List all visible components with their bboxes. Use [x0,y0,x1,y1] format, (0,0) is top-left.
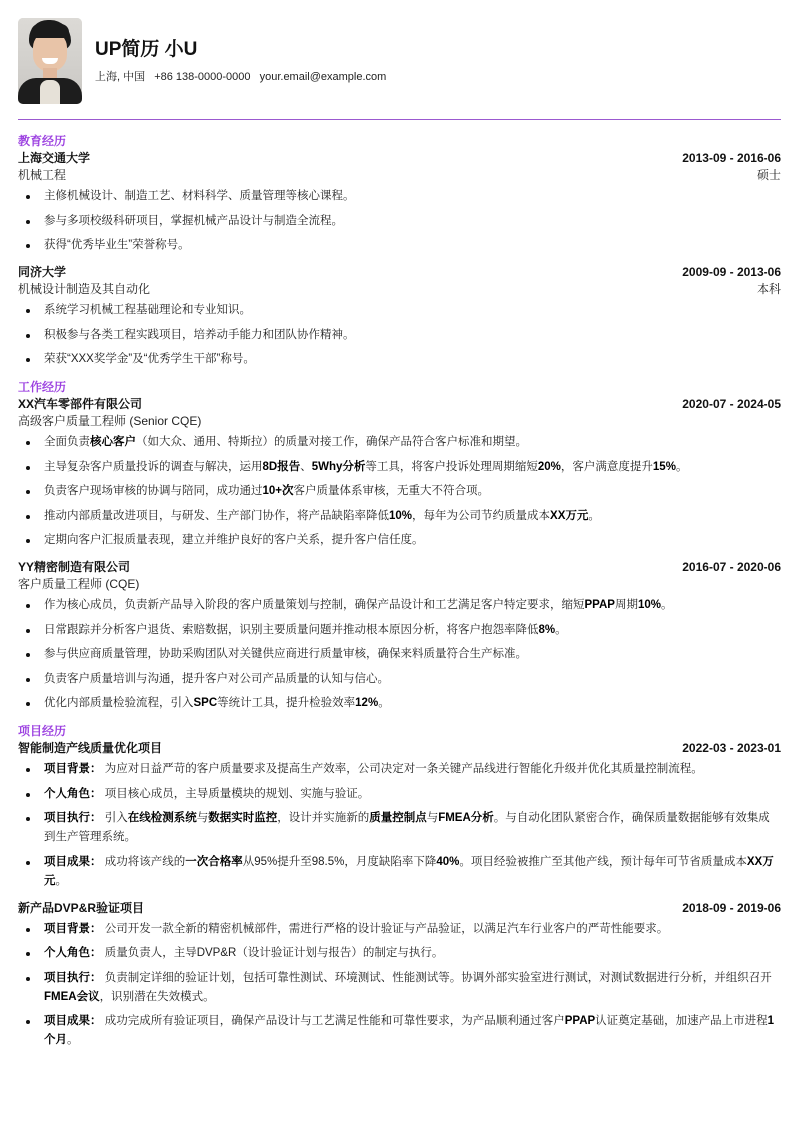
date-range: 2018-09 - 2019-06 [682,900,781,917]
text-segment: ，每年为公司节约质量成本 [412,510,550,522]
bold-text: SPC [194,697,218,709]
profile-photo [18,18,82,104]
header-info: UP简历 小U 上海, 中国 +86 138-0000-0000 your.em… [95,38,392,84]
date-range: 2016-07 - 2020-06 [682,559,781,576]
text-segment: 。 [56,875,68,887]
text-segment: 与 [427,812,439,824]
text-segment: 定期向客户汇报质量表现，建立并维护良好的客户关系，提升客户信任度。 [44,534,424,546]
education-entry: 上海交通大学2013-09 - 2016-06机械工程硕士主修机械设计、制造工艺… [18,150,781,255]
bullet-item: 个人角色： 质量负责人，主导DVP&R（设计验证计划与报告）的制定与执行。 [18,944,781,963]
text-segment: 负责客户现场审核的协调与陪同，成功通过 [44,485,263,497]
section-title-education: 教育经历 [18,132,781,150]
bullet-item: 项目执行： 引入在线检测系统与数据实时监控，设计并实施新的质量控制点与FMEA分… [18,809,781,847]
project-entry: 新产品DVP&R验证项目2018-09 - 2019-06项目背景： 公司开发一… [18,900,781,1051]
entry-subheader: 客户质量工程师 (CQE) [18,576,781,593]
bullet-item: 日常跟踪并分析客户退货、索赔数据，识别主要质量问题并推动根本原因分析，将客户抱怨… [18,621,781,640]
bullet-item: 积极参与各类工程实践项目，培养动手能力和团队协作精神。 [18,326,781,345]
bullet-item: 项目成果： 成功将该产线的一次合格率从95%提升至98.5%，月度缺陷率下降40… [18,853,781,891]
entry-header: XX汽车零部件有限公司2020-07 - 2024-05 [18,396,781,413]
bullet-list: 主修机械设计、制造工艺、材料科学、质量管理等核心课程。参与多项校级科研项目，掌握… [18,187,781,255]
text-segment: 日常跟踪并分析客户退货、索赔数据，识别主要质量问题并推动根本原因分析，将客户抱怨… [44,624,539,636]
project-list: 智能制造产线质量优化项目2022-03 - 2023-01项目背景： 为应对日益… [18,740,781,1050]
text-segment: 成功完成所有验证项目，确保产品设计与工艺满足性能和可靠性要求，为产品顺利通过客户 [102,1015,565,1027]
text-segment: 。项目经验被推广至其他产线，预计每年可节省质量成本 [459,856,747,868]
bold-text: 项目背景： [44,763,102,775]
text-segment: 成功将该产线的 [102,856,186,868]
school-name: 同济大学 [18,264,66,281]
text-segment: 。 [555,624,567,636]
date-range: 2013-09 - 2016-06 [682,150,781,167]
bullet-item: 负责客户现场审核的协调与陪同，成功通过10+次客户质量体系审核，无重大不符合项。 [18,482,781,501]
bold-text: 5Why分析 [312,461,366,473]
text-segment: ，识别潜在失效模式。 [100,991,215,1003]
bold-text: 个人角色： [44,788,102,800]
work-entry: YY精密制造有限公司2016-07 - 2020-06客户质量工程师 (CQE)… [18,559,781,713]
text-segment: 参与供应商质量管理，协助采购团队对关键供应商进行质量审核，确保来料质量符合生产标… [44,648,527,660]
bold-text: FMEA分析 [438,812,494,824]
bold-text: 项目执行： [44,972,102,984]
text-segment: 从95%提升至98.5%，月度缺陷率下降 [243,856,437,868]
bullet-item: 系统学习机械工程基础理论和专业知识。 [18,301,781,320]
work-list: XX汽车零部件有限公司2020-07 - 2024-05高级客户质量工程师 (S… [18,396,781,713]
date-range: 2009-09 - 2013-06 [682,264,781,281]
school-name: 上海交通大学 [18,150,90,167]
text-segment: 公司开发一款全新的精密机械部件，需进行严格的设计验证与产品验证，以满足汽车行业客… [102,923,669,935]
location-text: 上海, 中国 [95,71,145,83]
text-segment: 与 [197,812,209,824]
text-segment: 负责制定详细的验证计划，包括可靠性测试、环境测试、性能测试等。协调外部实验室进行… [102,972,772,984]
date-range: 2020-07 - 2024-05 [682,396,781,413]
bold-text: 10% [389,510,412,522]
text-segment: 优化内部质量检验流程，引入 [44,697,194,709]
entry-header: 同济大学2009-09 - 2013-06 [18,264,781,281]
text-segment: 推动内部质量改进项目，与研发、生产部门协作，将产品缺陷率降低 [44,510,389,522]
resume-page: UP简历 小U 上海, 中国 +86 138-0000-0000 your.em… [0,0,799,1050]
text-segment: 客户质量体系审核，无重大不符合项。 [294,485,490,497]
entry-subheader: 高级客户质量工程师 (Senior CQE) [18,413,781,430]
entry-header: 新产品DVP&R验证项目2018-09 - 2019-06 [18,900,781,917]
bullet-item: 荣获“XXX奖学金”及“优秀学生干部”称号。 [18,350,781,369]
text-segment: 为应对日益严苛的客户质量要求及提高生产效率，公司决定对一条关键产品线进行智能化升… [102,763,703,775]
text-segment: 。 [676,461,688,473]
phone-text: +86 138-0000-0000 [154,71,250,83]
bold-text: 在线检测系统 [128,812,197,824]
bullet-item: 项目背景： 公司开发一款全新的精密机械部件，需进行严格的设计验证与产品验证，以满… [18,920,781,939]
bullet-list: 全面负责核心客户（如大众、通用、特斯拉）的质量对接工作，确保产品符合客户标准和期… [18,433,781,550]
bold-text: 12% [355,697,378,709]
text-segment: 、 [300,461,312,473]
text-segment: 。 [588,510,600,522]
entry-header: 智能制造产线质量优化项目2022-03 - 2023-01 [18,740,781,757]
bold-text: 8% [539,624,556,636]
entry-header: YY精密制造有限公司2016-07 - 2020-06 [18,559,781,576]
text-segment: 全面负责 [44,436,90,448]
major-text: 机械设计制造及其自动化 [18,281,150,298]
candidate-name: UP简历 小U [95,38,392,62]
bullet-item: 获得“优秀毕业生”荣誉称号。 [18,236,781,255]
bullet-item: 主导复杂客户质量投诉的调查与解决，运用8D报告、5Why分析等工具，将客户投诉处… [18,458,781,477]
education-list: 上海交通大学2013-09 - 2016-06机械工程硕士主修机械设计、制造工艺… [18,150,781,369]
text-segment: 周期 [615,599,638,611]
job-title: 客户质量工程师 (CQE) [18,576,139,593]
bold-text: FMEA会议 [44,991,100,1003]
header-divider [18,119,781,120]
bold-text: 10% [638,599,661,611]
project-name: 智能制造产线质量优化项目 [18,740,162,757]
section-title-work: 工作经历 [18,378,781,396]
bullet-item: 参与多项校级科研项目，掌握机械产品设计与制造全流程。 [18,212,781,231]
project-name: 新产品DVP&R验证项目 [18,900,144,917]
text-segment: 。 [378,697,390,709]
bold-text: 20% [538,461,561,473]
bold-text: PPAP [585,599,615,611]
education-entry: 同济大学2009-09 - 2013-06机械设计制造及其自动化本科系统学习机械… [18,264,781,369]
bold-text: XX万元 [550,510,588,522]
bold-text: 个人角色： [44,947,102,959]
resume-header: UP简历 小U 上海, 中国 +86 138-0000-0000 your.em… [18,0,781,104]
bullet-item: 作为核心成员，负责新产品导入阶段的客户质量策划与控制，确保产品设计和工艺满足客户… [18,596,781,615]
text-segment: 引入 [102,812,128,824]
text-segment: 认证奠定基础，加速产品上市进程 [595,1015,768,1027]
section-title-projects: 项目经历 [18,722,781,740]
text-segment: 质量负责人，主导DVP&R（设计验证计划与报告）的制定与执行。 [102,947,444,959]
bullet-item: 推动内部质量改进项目，与研发、生产部门协作，将产品缺陷率降低10%，每年为公司节… [18,507,781,526]
date-range: 2022-03 - 2023-01 [682,740,781,757]
project-entry: 智能制造产线质量优化项目2022-03 - 2023-01项目背景： 为应对日益… [18,740,781,891]
bullet-item: 全面负责核心客户（如大众、通用、特斯拉）的质量对接工作，确保产品符合客户标准和期… [18,433,781,452]
text-segment: ，客户满意度提升 [561,461,653,473]
bullet-item: 个人角色： 项目核心成员，主导质量模块的规划、实施与验证。 [18,785,781,804]
bullet-list: 项目背景： 公司开发一款全新的精密机械部件，需进行严格的设计验证与产品验证，以满… [18,920,781,1051]
bold-text: 项目背景： [44,923,102,935]
bullet-list: 作为核心成员，负责新产品导入阶段的客户质量策划与控制，确保产品设计和工艺满足客户… [18,596,781,713]
bold-text: 15% [653,461,676,473]
work-entry: XX汽车零部件有限公司2020-07 - 2024-05高级客户质量工程师 (S… [18,396,781,550]
text-segment: ，设计并实施新的 [277,812,369,824]
major-text: 机械工程 [18,167,66,184]
text-segment: 项目核心成员，主导质量模块的规划、实施与验证。 [102,788,370,800]
bullet-item: 主修机械设计、制造工艺、材料科学、质量管理等核心课程。 [18,187,781,206]
bullet-item: 项目成果： 成功完成所有验证项目，确保产品设计与工艺满足性能和可靠性要求，为产品… [18,1012,781,1050]
bold-text: 项目成果： [44,856,102,868]
bold-text: 质量控制点 [369,812,427,824]
bold-text: PPAP [565,1015,595,1027]
bullet-item: 项目背景： 为应对日益严苛的客户质量要求及提高生产效率，公司决定对一条关键产品线… [18,760,781,779]
text-segment: 作为核心成员，负责新产品导入阶段的客户质量策划与控制，确保产品设计和工艺满足客户… [44,599,585,611]
company-name: YY精密制造有限公司 [18,559,130,576]
text-segment: 负责客户质量培训与沟通，提升客户对公司产品质量的认知与信心。 [44,673,389,685]
bold-text: 数据实时监控 [208,812,277,824]
bold-text: 项目成果： [44,1015,102,1027]
company-name: XX汽车零部件有限公司 [18,396,142,413]
bullet-item: 优化内部质量检验流程，引入SPC等统计工具，提升检验效率12%。 [18,694,781,713]
bold-text: 项目执行： [44,812,102,824]
text-segment: 等工具，将客户投诉处理周期缩短 [365,461,538,473]
bold-text: 核心客户 [90,436,136,448]
degree-text: 本科 [757,281,781,298]
text-segment: 。 [661,599,673,611]
bullet-item: 参与供应商质量管理，协助采购团队对关键供应商进行质量审核，确保来料质量符合生产标… [18,645,781,664]
bullet-item: 负责客户质量培训与沟通，提升客户对公司产品质量的认知与信心。 [18,670,781,689]
bullet-list: 系统学习机械工程基础理论和专业知识。积极参与各类工程实践项目，培养动手能力和团队… [18,301,781,369]
bold-text: 8D报告 [263,461,301,473]
bullet-list: 项目背景： 为应对日益严苛的客户质量要求及提高生产效率，公司决定对一条关键产品线… [18,760,781,891]
entry-header: 上海交通大学2013-09 - 2016-06 [18,150,781,167]
bullet-item: 定期向客户汇报质量表现，建立并维护良好的客户关系，提升客户信任度。 [18,531,781,550]
degree-text: 硕士 [757,167,781,184]
bold-text: 40% [436,856,459,868]
entry-subheader: 机械工程硕士 [18,167,781,184]
contact-line: 上海, 中国 +86 138-0000-0000 your.email@exam… [95,68,392,84]
bold-text: 10+次 [263,485,294,497]
bullet-item: 项目执行： 负责制定详细的验证计划，包括可靠性测试、环境测试、性能测试等。协调外… [18,969,781,1007]
bold-text: 一次合格率 [185,856,243,868]
text-segment: 主导复杂客户质量投诉的调查与解决，运用 [44,461,263,473]
text-segment: （如大众、通用、特斯拉）的质量对接工作，确保产品符合客户标准和期望。 [136,436,527,448]
text-segment: 等统计工具，提升检验效率 [217,697,355,709]
entry-subheader: 机械设计制造及其自动化本科 [18,281,781,298]
job-title: 高级客户质量工程师 (Senior CQE) [18,413,201,430]
text-segment: 。 [67,1034,79,1046]
email-text: your.email@example.com [260,71,387,83]
